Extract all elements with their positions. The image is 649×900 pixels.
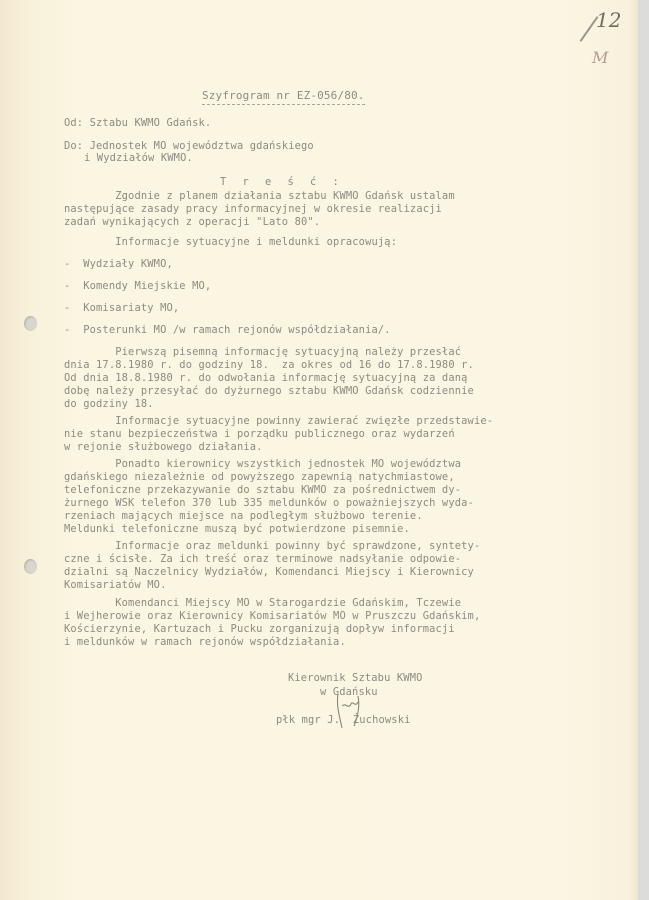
recipient-line: Do: Jednostek MO województwa gdańskiego [64, 140, 314, 153]
punch-hole-top [24, 316, 37, 331]
recipient-line-2: i Wydziałów KWMO. [84, 152, 193, 165]
paragraph-line: Komisariatów MO. [64, 579, 167, 592]
intro-line: Zgodnie z planem działania sztabu KWMO G… [64, 190, 455, 203]
paragraph-line: dnia 17.8.1980 r. do godziny 18. za okre… [64, 359, 474, 372]
paragraph-line: gdańskiego niezależnie od powyższego zap… [64, 471, 455, 484]
document-title: Szyfrogram nr EZ-056/80. [202, 90, 365, 105]
intro-line: następujące zasady pracy informacyjnej w… [64, 203, 442, 216]
paragraph-line: dobę należy przesyłać do dyżurnego sztab… [64, 385, 474, 398]
paragraph-line: Kościerzynie, Kartuzach i Pucku zorganiz… [64, 623, 455, 636]
list-item: - Posterunki MO /w ramach rejonów współd… [64, 324, 391, 337]
sender-line: Od: Sztabu KWMO Gdańsk. [64, 117, 211, 130]
paragraph-line: Informacje sytuacyjne powinny zawierać z… [64, 415, 493, 428]
paragraph-line: rzeniach mających miejsce na podległym s… [64, 510, 423, 523]
list-item: - Komendy Miejskie MO, [64, 280, 211, 293]
list-item: - Wydziały KWMO, [64, 258, 173, 271]
handwritten-page-number: 12 [596, 8, 621, 32]
punch-hole-bottom [24, 559, 37, 574]
paragraph-line: w rejonie służbowego działania. [64, 441, 263, 454]
list-item: - Komisariaty MO, [64, 302, 179, 315]
paragraph-line: do godziny 18. [64, 398, 154, 411]
paragraph-line: nie stanu bezpieczeństwa i porządku publ… [64, 428, 455, 441]
signature-title: Kierownik Sztabu KWMO [288, 672, 423, 685]
paragraph-line: i Wejherowie oraz Kierownicy Komisariató… [64, 610, 480, 623]
paragraph-line: Ponadto kierownicy wszystkich jednostek … [64, 458, 461, 471]
paragraph-line: Komendanci Miejscy MO w Starogardzie Gda… [64, 597, 461, 610]
paragraph-line: Od dnia 18.8.1980 r. do odwołania inform… [64, 372, 468, 385]
paragraph-line: i meldunków w ramach rejonów współdziała… [64, 636, 346, 649]
document-page: 12 M Szyfrogram nr EZ-056/80. Od: Sztabu… [0, 0, 638, 900]
paragraph-line: czne i ścisłe. Za ich treść oraz termino… [64, 553, 461, 566]
paragraph-line: dzialni są Naczelnicy Wydziałów, Komenda… [64, 566, 474, 579]
paragraph-line: żurnego WSK telefon 370 lub 335 meldunkó… [64, 497, 474, 510]
handwritten-signature [332, 692, 372, 732]
list-intro: Informacje sytuacyjne i meldunki opracow… [64, 236, 397, 249]
section-heading: T r e ś ć : [220, 176, 344, 189]
paragraph-line: Meldunki telefoniczne muszą być potwierd… [64, 523, 410, 536]
intro-line: zadań wynikających z operacji "Lato 80". [64, 216, 320, 229]
paragraph-line: Pierwszą pisemną informację sytuacyjną n… [64, 346, 461, 359]
paragraph-line: telefoniczne przekazywanie do sztabu KWM… [64, 484, 461, 497]
handwritten-mark: M [592, 48, 608, 67]
paragraph-line: Informacje oraz meldunki powinny być spr… [64, 540, 480, 553]
